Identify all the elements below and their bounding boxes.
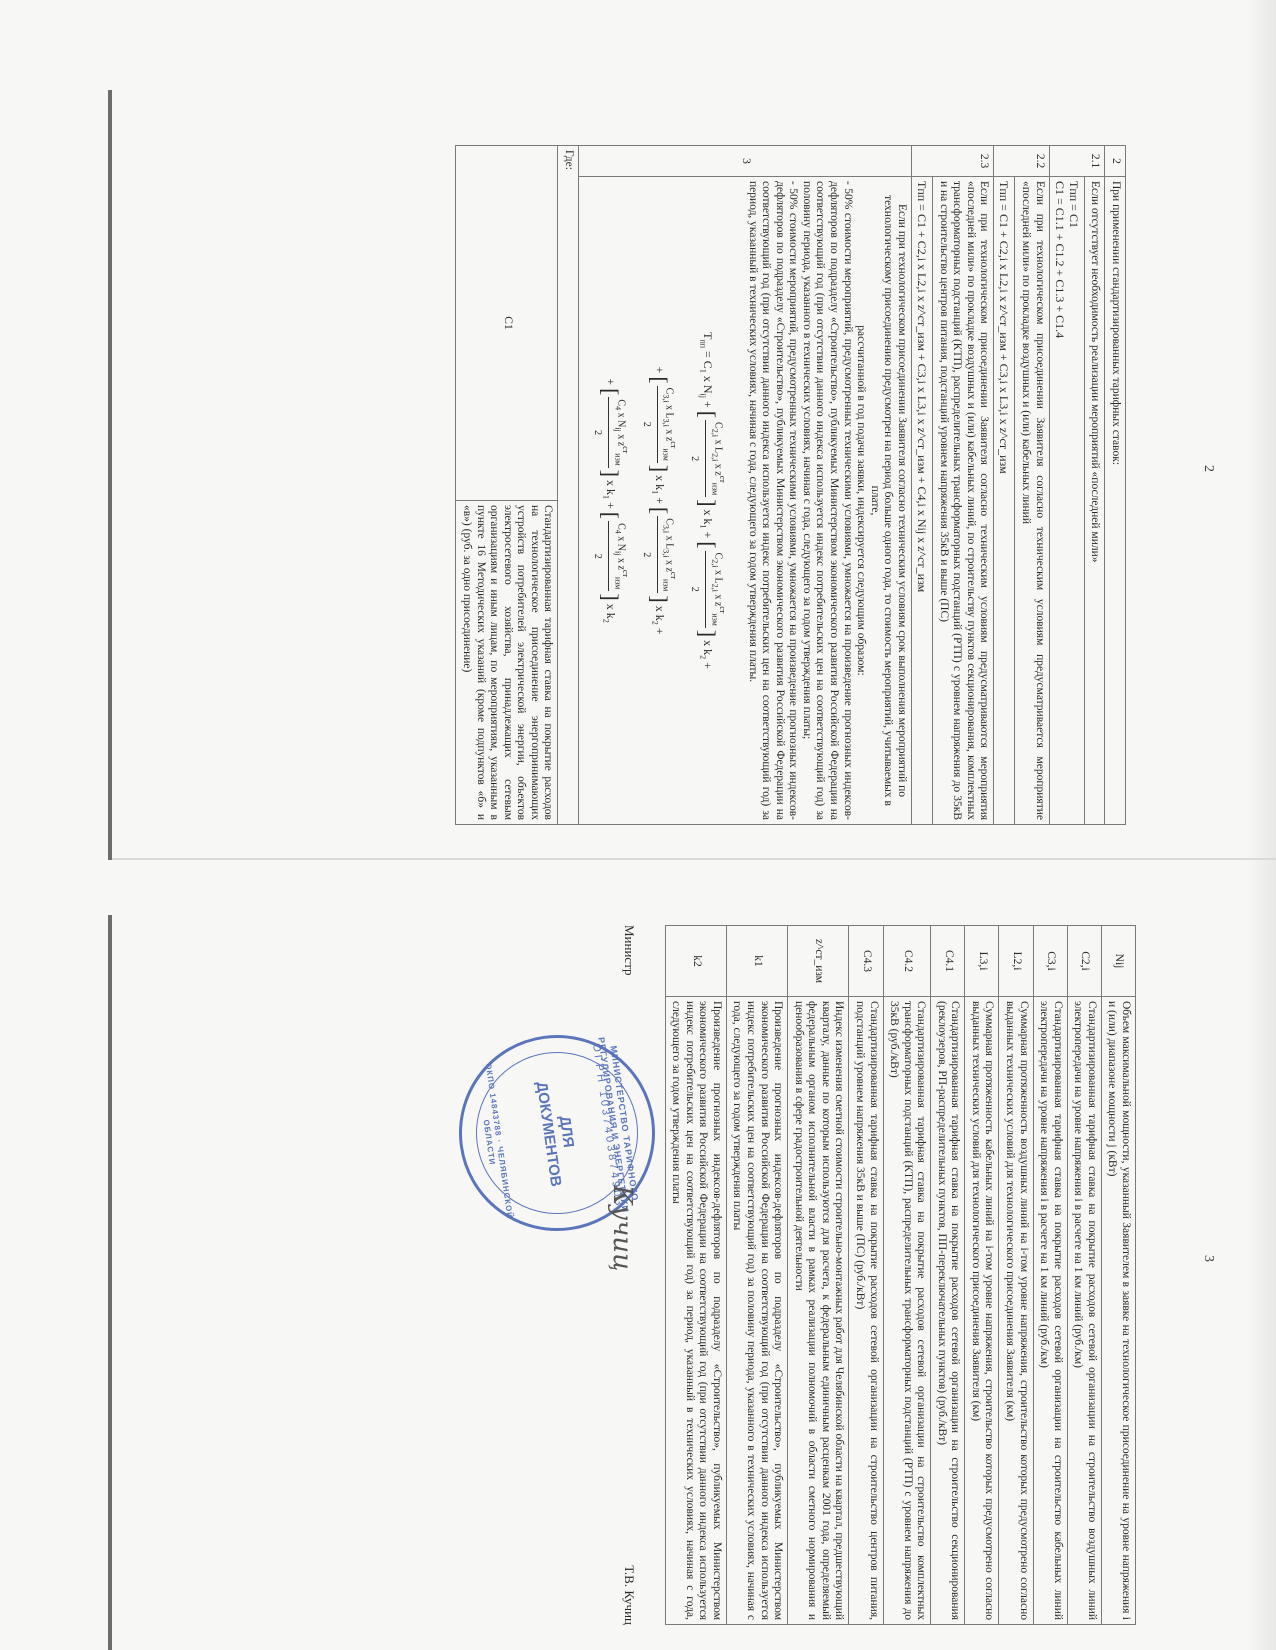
document-page-2: 2 2 При применении стандартизированных т…: [455, 145, 1126, 825]
stamp-center-text: ДЛЯ ДОКУМЕНТОВ: [531, 1078, 581, 1188]
table-row: Tпп = C1 + C2,i x L2,i x z^ст_изм + C3,i…: [994, 146, 1015, 825]
symbol-cell: C4.3: [849, 926, 883, 997]
signature-block: Министр МИНИСТЕРСТВО ТАРИФНОГО РЕГУЛИРОВ…: [597, 925, 637, 1625]
definition-cell: Суммарная протяженность воздушных линий …: [999, 997, 1033, 1625]
table-row: L3,iСуммарная протяженность кабельных ли…: [965, 926, 999, 1625]
indexation-bullet: - 50% стоимости мероприятий, предусмотре…: [745, 181, 799, 820]
signatory-title: Министр: [621, 925, 636, 976]
definition-cell: Стандартизированная тарифная ставка на п…: [1067, 997, 1101, 1625]
page-number: 2: [1199, 465, 1216, 472]
table-row: k1Произведение прогнозных индексов-дефля…: [726, 926, 787, 1625]
symbol-cell: C2,i: [1067, 926, 1101, 997]
table-row: 2.2 Если при технологическом присоединен…: [1015, 146, 1049, 825]
symbol-cell: z^ст_изм: [788, 926, 849, 997]
table-row: C4.1Стандартизированная тарифная ставка …: [931, 926, 965, 1625]
formula: Tпп = C1: [1067, 181, 1081, 820]
symbol-cell: k1: [726, 926, 787, 997]
indexation-bullet: - 50% стоимости мероприятий, предусмотре…: [799, 181, 853, 820]
table-row: 3 Если при технологическом присоединении…: [578, 146, 911, 825]
indexation-intro: Если при технологическом присоединении З…: [867, 181, 908, 820]
symbol-cell: k2: [665, 926, 726, 997]
table-row: C4.2Стандартизированная тарифная ставка …: [883, 926, 931, 1625]
table-row: C4.3Стандартизированная тарифная ставка …: [849, 926, 883, 1625]
definition-cell: Стандартизированная тарифная ставка на п…: [1033, 997, 1067, 1625]
formula-cell: Tпп = C1 C1 = C1.1 + C1.2 + C1.3 + C1.4: [1049, 177, 1084, 825]
indexed-formula: Tпп = C1 x Nij + [C2,i x L2,i x zстизм2]…: [582, 181, 735, 820]
definitions-table: NijОбъем максимальной мощности, указанны…: [665, 925, 1136, 1625]
definition-cell: Объем максимальной мощности, указанный З…: [1101, 997, 1135, 1625]
stamp-center-line: ДЛЯ: [549, 1078, 582, 1185]
symbol-cell: L2,i: [999, 926, 1033, 997]
page-divider: [112, 858, 1276, 860]
row-number: 2.3: [911, 146, 993, 177]
document-page-3: 3 NijОбъем максимальной мощности, указан…: [597, 925, 1136, 1625]
row-number: 3: [578, 146, 911, 177]
symbol-cell: C4.1: [931, 926, 965, 997]
symbol-cell: C3,i: [1033, 926, 1067, 997]
definition-cell: Стандартизированная тарифная ставка на п…: [456, 501, 558, 825]
row-text: Если при технологическом присоединении З…: [933, 177, 994, 825]
row-number: 2.2: [994, 146, 1049, 177]
row-text: Если отсутствует необходимость реализаци…: [1084, 177, 1105, 825]
symbol-cell: Nij: [1101, 926, 1135, 997]
symbol-cell: L3,i: [965, 926, 999, 997]
definition-cell: Произведение прогнозных индексов-дефлято…: [726, 997, 787, 1625]
table-row: Где:: [558, 146, 579, 825]
table-row: NijОбъем максимальной мощности, указанны…: [1101, 926, 1135, 1625]
row-number: 2: [1105, 146, 1126, 177]
row-number: 2.1: [1049, 146, 1105, 177]
table-row: C2,iСтандартизированная тарифная ставка …: [1067, 926, 1101, 1625]
page-number: 3: [1199, 1255, 1216, 1262]
tariff-formula-table: 2 При применении стандартизированных тар…: [455, 145, 1126, 825]
indexation-intro: рассчитанной в год подачи заявки, индекс…: [854, 181, 868, 820]
row-text: Если при технологическом присоединении З…: [1015, 177, 1049, 825]
table-row: C3,iСтандартизированная тарифная ставка …: [1033, 926, 1067, 1625]
table-row: 2.1 Если отсутствует необходимость реали…: [1084, 146, 1105, 825]
symbol-cell: C4.2: [883, 926, 931, 997]
table-row: C1 Стандартизированная тарифная ставка н…: [456, 146, 558, 825]
formula: C1 = C1.1 + C1.2 + C1.3 + C1.4: [1053, 181, 1067, 820]
formula: Tпп = C1 + C2,i x L2,i x z^ст_изм + C3,i…: [911, 177, 932, 825]
signatory-name: Т.В. Кучиц: [621, 1565, 636, 1625]
row-text: Если при технологическом присоединении З…: [578, 177, 911, 825]
symbol-cell: C1: [456, 146, 558, 501]
where-label: Где:: [558, 146, 579, 825]
scan-margin: [1246, 0, 1276, 1650]
definition-cell: Стандартизированная тарифная ставка на п…: [849, 997, 883, 1625]
handwritten-signature: Кучиц: [606, 1185, 637, 1271]
table-row: k2Произведение прогнозных индексов-дефля…: [665, 926, 726, 1625]
table-row: 2 При применении стандартизированных тар…: [1105, 146, 1126, 825]
table-row: z^ст_измИндекс изменения сметной стоимос…: [788, 926, 849, 1625]
row-text: При применении стандартизированных тариф…: [1105, 177, 1126, 825]
formula: Tпп = C1 + C2,i x L2,i x z^ст_изм + C3,i…: [994, 177, 1015, 825]
definition-cell: Стандартизированная тарифная ставка на п…: [931, 997, 965, 1625]
scan-edge-shadow: [108, 915, 112, 1650]
definition-cell: Индекс изменения сметной стоимости строи…: [788, 997, 849, 1625]
table-row: 2.3 Если при технологическом присоединен…: [933, 146, 994, 825]
definition-cell: Произведение прогнозных индексов-дефлято…: [665, 997, 726, 1625]
table-row: Tпп = C1 C1 = C1.1 + C1.2 + C1.3 + C1.4: [1049, 146, 1084, 825]
definition-cell: Суммарная протяженность кабельных линий …: [965, 997, 999, 1625]
stamp-outer-text: ОКПО 14843788 · ЧЕЛЯБИНСКОЙ ОБЛАСТИ: [471, 1046, 516, 1237]
stamp-center-line: ДОКУМЕНТОВ: [531, 1081, 564, 1188]
table-row: L2,iСуммарная протяженность воздушных ли…: [999, 926, 1033, 1625]
table-row: Tпп = C1 + C2,i x L2,i x z^ст_изм + C3,i…: [911, 146, 932, 825]
scan-edge-shadow: [108, 90, 112, 860]
definition-cell: Стандартизированная тарифная ставка на п…: [883, 997, 931, 1625]
